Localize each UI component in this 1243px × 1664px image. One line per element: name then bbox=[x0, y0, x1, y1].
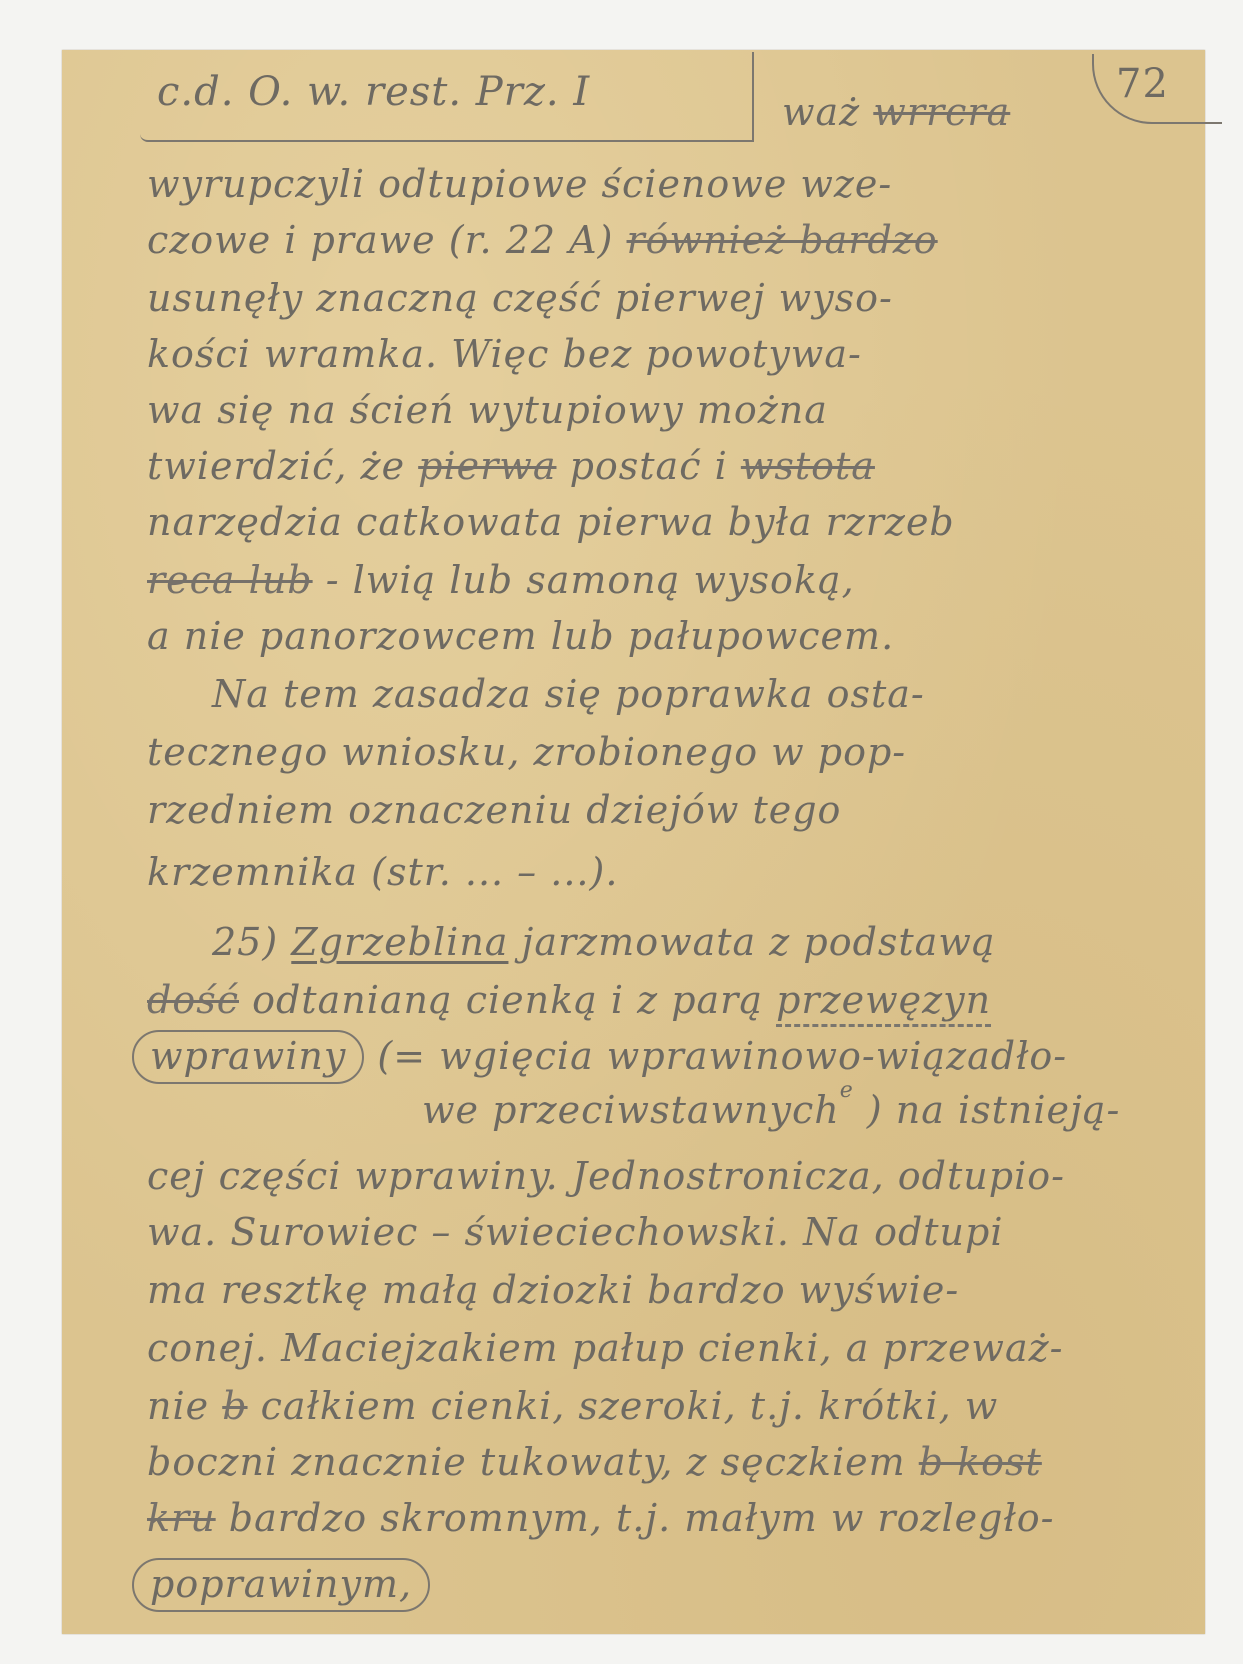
superscript-correction: e bbox=[840, 1078, 854, 1103]
text-line: dość odtanianą cienką i z parą przewęzyn bbox=[147, 978, 991, 1022]
line-text: rzedniem oznaczeniu dziejów tego bbox=[147, 788, 841, 832]
line-text: przeciwstawnych bbox=[492, 1088, 840, 1132]
text-line: krzemnika (str. ... – ...). bbox=[147, 850, 618, 894]
line-text: conej. Maciejzakiem pałup cienki, a prze… bbox=[147, 1326, 1063, 1370]
text-line: kości wramka. Więc bez powotywa- bbox=[147, 332, 862, 376]
line-text: tecznego wniosku, zrobionego w pop- bbox=[147, 730, 906, 774]
line-text: a nie panorzowcem lub pałupowcem. bbox=[147, 614, 894, 658]
underlined-term: Zgrzeblina bbox=[291, 920, 508, 964]
text-line: poprawinym, bbox=[132, 1558, 430, 1612]
line-text: narzędzia catkowata pierwa była rzrzeb bbox=[147, 500, 955, 544]
header-reference: c.d. O. w. rest. Prz. I bbox=[157, 70, 590, 114]
line-text: (= wgięcia wprawinowo-wiązadło- bbox=[377, 1034, 1067, 1078]
text-line: nie b całkiem cienki, szeroki, t.j. krót… bbox=[147, 1384, 998, 1428]
text-line: boczni znacznie tukowaty, z sęczkiem b k… bbox=[147, 1440, 1042, 1484]
line-text: ) na istnieją- bbox=[867, 1088, 1120, 1132]
line-text: bardzo skromnym, t.j. małym w rozległo- bbox=[229, 1496, 1055, 1540]
line-text: cej części wprawiny. Jednostronicza, odt… bbox=[147, 1154, 1065, 1198]
line-text: jarzmowata z podstawą bbox=[522, 920, 996, 964]
handwriting-layer: c.d. O. w. rest. Prz. I waż wrrcra 72 wy… bbox=[62, 50, 1205, 1634]
struck-word: b bbox=[222, 1384, 247, 1428]
line-text: kości wramka. Więc bez powotywa- bbox=[147, 332, 862, 376]
text-line: rzedniem oznaczeniu dziejów tego bbox=[147, 788, 841, 832]
struck-word: kru bbox=[147, 1496, 216, 1540]
text-line: Na tem zasadza się poprawka osta- bbox=[212, 672, 925, 716]
line-text: Na tem zasadza się poprawka osta- bbox=[212, 672, 925, 716]
section-number: 25) bbox=[212, 920, 278, 964]
line-text: całkiem cienki, szeroki, t.j. krótki, w bbox=[261, 1384, 999, 1428]
line-text: odtanianą cienką i z parą bbox=[252, 978, 763, 1022]
line-text: wyrupczyli odtupiowe ścienowe wze- bbox=[147, 162, 892, 206]
line-text: - lwią lub samoną wysoką, bbox=[326, 558, 855, 602]
page-number: 72 bbox=[1092, 54, 1222, 124]
scan-background: c.d. O. w. rest. Prz. I waż wrrcra 72 wy… bbox=[0, 0, 1243, 1664]
manuscript-page: c.d. O. w. rest. Prz. I waż wrrcra 72 wy… bbox=[62, 50, 1205, 1634]
text-line: a nie panorzowcem lub pałupowcem. bbox=[147, 614, 894, 658]
text-line: wa się na ścień wytupiowy można bbox=[147, 388, 828, 432]
section-heading-25: 25) Zgrzeblina jarzmowata z podstawą bbox=[212, 920, 996, 964]
line-text: we bbox=[422, 1088, 479, 1132]
text-line: we przeciwstawnyche ) na istnieją- bbox=[422, 1088, 1120, 1139]
text-line: wa. Surowiec – świeciechowski. Na odtupi bbox=[147, 1210, 1004, 1254]
text-line: czowe i prawe (r. 22 A) również bardzo bbox=[147, 218, 938, 262]
text-line: ma resztkę małą dziozki bardzo wyświe- bbox=[147, 1268, 959, 1312]
struck-word: dość bbox=[147, 978, 239, 1022]
circled-word: poprawinym, bbox=[132, 1558, 430, 1612]
text-line: kru bardzo skromnym, t.j. małym w rozleg… bbox=[147, 1496, 1055, 1540]
line-text: ma resztkę małą dziozki bardzo wyświe- bbox=[147, 1268, 959, 1312]
line-text: wa. Surowiec – świeciechowski. Na odtupi bbox=[147, 1210, 1004, 1254]
line-text: usunęły znaczną część pierwej wyso- bbox=[147, 276, 893, 320]
header-note-text: waż bbox=[782, 90, 860, 134]
circled-word: wprawiny bbox=[132, 1030, 364, 1084]
text-line: reca lub - lwią lub samoną wysoką, bbox=[147, 558, 855, 602]
text-line: twierdzić, że pierwa postać i wstota bbox=[147, 444, 875, 488]
line-text: wa się na ścień wytupiowy można bbox=[147, 388, 828, 432]
line-text: twierdzić, że bbox=[147, 444, 405, 488]
text-line: narzędzia catkowata pierwa była rzrzeb bbox=[147, 500, 955, 544]
struck-word: b kost bbox=[919, 1440, 1042, 1484]
struck-word: pierwa bbox=[418, 444, 556, 488]
header-note: waż wrrcra bbox=[782, 90, 1010, 134]
struck-word: reca lub bbox=[147, 558, 313, 602]
text-line: usunęły znaczną część pierwej wyso- bbox=[147, 276, 893, 320]
dashed-underlined-term: przewęzyn bbox=[776, 978, 991, 1027]
line-text: postać i bbox=[570, 444, 728, 488]
text-line: cej części wprawiny. Jednostronicza, odt… bbox=[147, 1154, 1065, 1198]
text-line: wyrupczyli odtupiowe ścienowe wze- bbox=[147, 162, 892, 206]
struck-word: wrrcra bbox=[873, 90, 1010, 134]
line-text: czowe i prawe (r. 22 A) bbox=[147, 218, 613, 262]
text-line: wprawiny (= wgięcia wprawinowo-wiązadło- bbox=[132, 1030, 1067, 1084]
line-text: krzemnika (str. ... – ...). bbox=[147, 850, 618, 894]
text-line: conej. Maciejzakiem pałup cienki, a prze… bbox=[147, 1326, 1063, 1370]
line-text: boczni znacznie tukowaty, z sęczkiem bbox=[147, 1440, 906, 1484]
line-text: nie bbox=[147, 1384, 209, 1428]
struck-word: również bardzo bbox=[627, 218, 938, 262]
struck-word: wstota bbox=[741, 444, 875, 488]
text-line: tecznego wniosku, zrobionego w pop- bbox=[147, 730, 906, 774]
